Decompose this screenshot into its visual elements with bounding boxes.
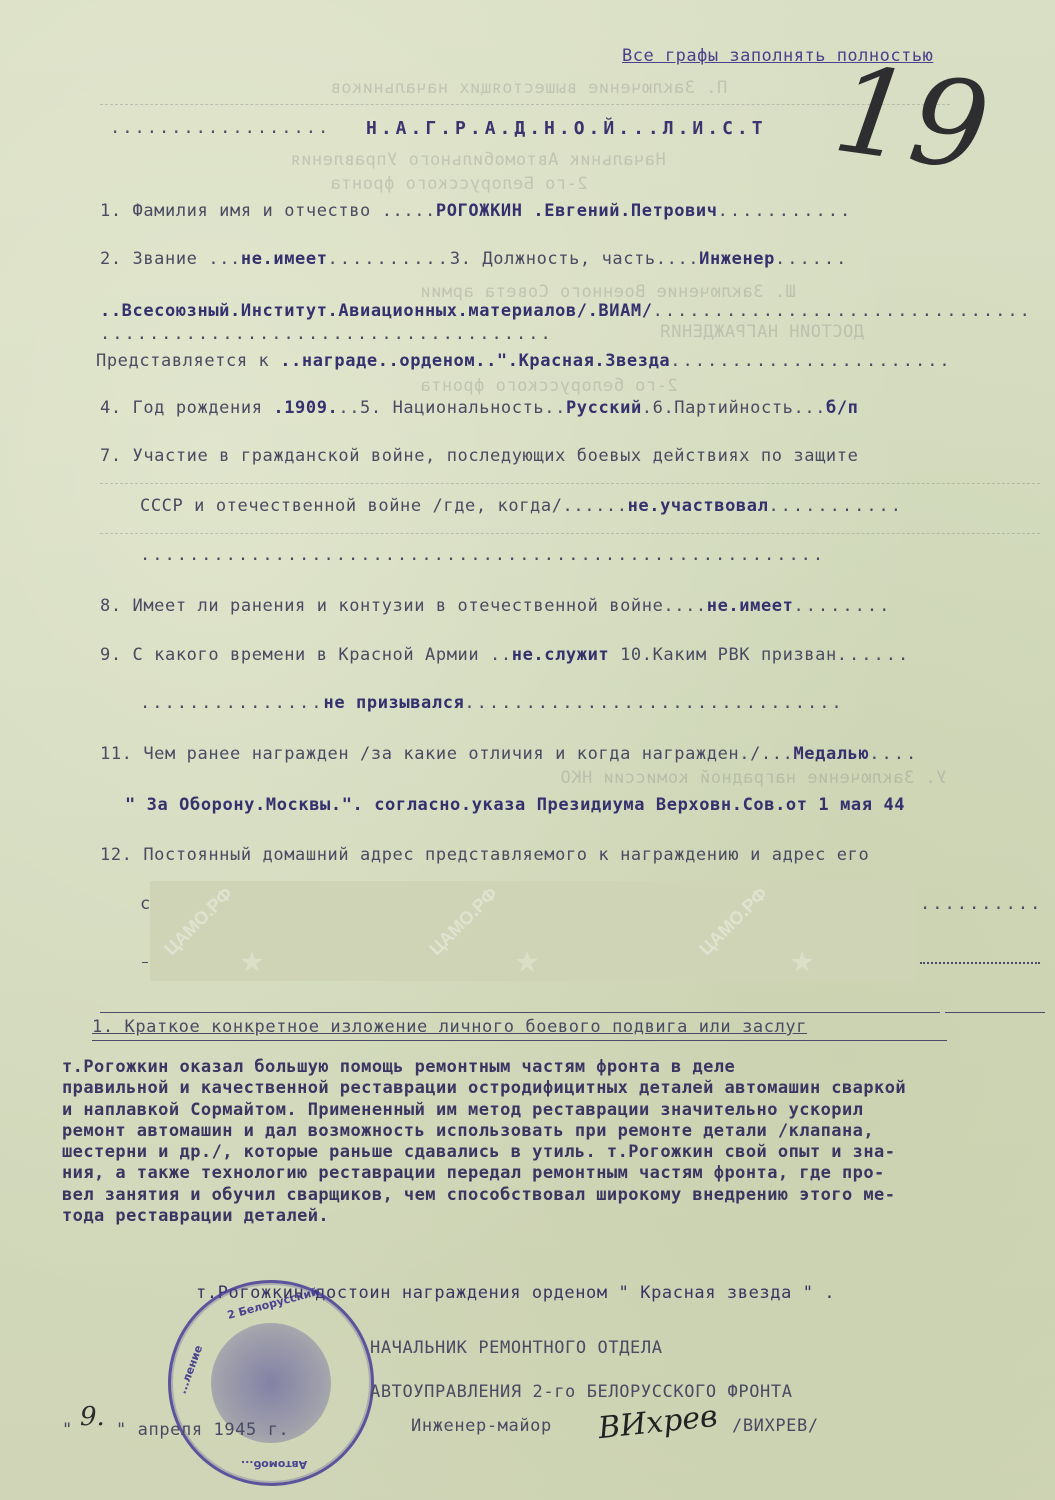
- field-6-label: .6.Партийность...: [642, 398, 826, 418]
- field-3-label: 3. Должность, часть....: [450, 249, 699, 269]
- field-7-label-line2: СССР и отечественной войне /где, когда/.…: [140, 496, 628, 516]
- stamp-text-bottom: Автомоб...: [241, 1458, 307, 1471]
- leader-dots: ...............: [140, 693, 324, 713]
- field-4-value: .1909.: [273, 398, 338, 418]
- field-11-label: 11. Чем ранее награжден /за какие отличи…: [100, 744, 793, 764]
- field-11-value-line2: " За Оборону.Москвы.". согласно.указа Пр…: [125, 795, 905, 815]
- field-8-value: не.имеет: [707, 596, 794, 616]
- header-divider: [100, 104, 950, 105]
- field-7-label-line1: 7. Участие в гражданской войне, последую…: [100, 446, 858, 466]
- narrative-line: и наплавкой Сормайтом. Примененный им ме…: [62, 1100, 1052, 1121]
- field-1-name: 1. Фамилия имя и отчество .....РОГОЖКИН …: [100, 201, 852, 221]
- section-heading: 1. Краткое конкретное изложение личного …: [92, 1017, 807, 1037]
- watermark: ЦАМО.РФ: [425, 883, 502, 960]
- bleed-through-text: У. Заключение наградной комиссии НКО: [560, 768, 946, 788]
- date-month-year: " апреля 1945 г.: [116, 1420, 289, 1440]
- narrative-line: т.Рогожкин оказал большую помощь ремонтн…: [62, 1057, 1052, 1078]
- title-leader-dots: ..................: [110, 118, 330, 138]
- field-3-value: Инженер: [699, 249, 775, 269]
- guide-line: [920, 962, 1040, 964]
- presented-value: ..награде..орденом..".Красная.Звезда: [280, 351, 670, 371]
- bleed-through-text: Ш. Заключение Военного Совета армии: [420, 282, 796, 302]
- field-5-label: ..5. Национальность..: [338, 398, 566, 418]
- leader-dots: ....: [869, 744, 918, 764]
- section-divider: [100, 1012, 940, 1013]
- field-4-5-6: 4. Год рождения .1909...5. Национальност…: [100, 398, 859, 418]
- narrative-line: ремонт автомашин и дал возможность испол…: [62, 1121, 1052, 1142]
- leader-dots: ...........: [718, 201, 853, 221]
- handwritten-sheet-number: 19: [827, 50, 995, 190]
- date-open-quote: ": [62, 1420, 73, 1440]
- award-sheet-page: П. Заключение вышестоящих начальников На…: [0, 0, 1055, 1500]
- star-watermark-icon: ★: [240, 936, 264, 982]
- narrative-line: вел занятия и обучил сварщиков, чем спос…: [62, 1185, 1052, 1206]
- leader-dots: ..........: [328, 249, 450, 269]
- section-divider: [945, 1012, 1045, 1013]
- bleed-through-text: Начальник Автомобильного Управления: [290, 150, 666, 170]
- field-3-organization: ..Всесоюзный.Институт.Авиационных.матери…: [100, 301, 653, 321]
- section-heading-underline: [92, 1040, 947, 1041]
- stamp-text-top: 2 Белорусский: [226, 1285, 320, 1322]
- field-10-label: 10.Каким РВК призван: [620, 645, 837, 665]
- field-7-line2: СССР и отечественной войне /где, когда/.…: [140, 496, 903, 516]
- field-5-value: Русский: [566, 398, 642, 418]
- bleed-through-text: 2-го Белорусского фронта: [330, 174, 588, 194]
- field-3-continuation: ..Всесоюзный.Институт.Авиационных.матери…: [100, 301, 1032, 321]
- signatory-name: /ВИХРЕВ/: [732, 1416, 819, 1436]
- field-1-value: РОГОЖКИН .Евгений.Петрович: [436, 201, 718, 221]
- leader-dots-line: ........................................…: [140, 545, 825, 565]
- signatory-position-line1: НАЧАЛЬНИК РЕМОНТНОГО ОТДЕЛА: [370, 1338, 663, 1358]
- field-9-value: не.служит: [512, 645, 610, 665]
- narrative-line: ния, а также технологию реставрации пере…: [62, 1163, 1052, 1184]
- leader-dots: .......................: [670, 351, 951, 371]
- presented-for-award: Представляется к ..награде..орденом..".К…: [96, 351, 952, 371]
- leader-dots-line: .....................................: [100, 324, 553, 344]
- bleed-through-text: П. Заключение вышестоящих начальников: [330, 78, 727, 98]
- signatory-position-line2: АВТОУПРАВЛЕНИЯ 2-го БЕЛОРУССКОГО ФРОНТА: [370, 1382, 793, 1402]
- narrative-line: тода реставрации деталей.: [62, 1206, 1052, 1227]
- leader-dots: ...............................: [653, 301, 1032, 321]
- star-watermark-icon: ★: [790, 936, 814, 982]
- field-12-label: 12. Постоянный домашний адрес представля…: [100, 845, 869, 865]
- bleed-through-text: ДОСТОИН НАГРАЖДЕНИЯ: [660, 322, 864, 342]
- leader-dots: ...........: [768, 496, 903, 516]
- narrative-line: шестерни и др./, которые раньше сдавалис…: [62, 1142, 1052, 1163]
- leader-dots: ......: [837, 645, 910, 665]
- guide-line: [142, 962, 148, 963]
- signatory-rank: Инженер-майор: [411, 1416, 552, 1436]
- field-9-10: 9. С какого времени в Красной Армии ..не…: [100, 645, 910, 665]
- watermark: ЦАМО.РФ: [695, 883, 772, 960]
- leader-dots: ........: [793, 596, 891, 616]
- document-title: Н.А.Г.Р.А.Д.Н.О.Й...Л.И.С.Т: [366, 118, 767, 139]
- field-11-previous-awards: 11. Чем ранее награжден /за какие отличи…: [100, 744, 918, 764]
- redacted-address-area: ЦАМО.РФ ЦАМО.РФ ЦАМО.РФ ★ ★ ★: [150, 881, 915, 981]
- field-2-value: не.имеет: [241, 249, 328, 269]
- narrative-line: правильной и качественной реставрации ос…: [62, 1078, 1052, 1099]
- watermark: ЦАМО.РФ: [160, 883, 237, 960]
- field-9-label: 9. С какого времени в Красной Армии ..: [100, 645, 512, 665]
- leader-dots: ......: [775, 249, 848, 269]
- field-11-value-line1: Медалью: [793, 744, 869, 764]
- bleed-through-text: 2-го белорусского фронта: [420, 376, 678, 396]
- date-day-handwritten: 9.: [80, 1402, 105, 1432]
- field-4-label: 4. Год рождения: [100, 398, 263, 418]
- star-watermark-icon: ★: [515, 936, 539, 982]
- merit-description: т.Рогожкин оказал большую помощь ремонтн…: [62, 1057, 1052, 1227]
- field-7-value: не.участвовал: [628, 496, 769, 516]
- field-2-label: 2. Звание ...: [100, 249, 241, 269]
- field-8-label: 8. Имеет ли ранения и контузии в отечест…: [100, 596, 707, 616]
- stamp-text-left: ...ление: [176, 1343, 206, 1395]
- guide-line: [100, 533, 1040, 534]
- field-6-value: б/п: [826, 398, 859, 418]
- leader-dots: ..........: [920, 894, 1042, 914]
- handwritten-signature: ВИхрев: [596, 1399, 719, 1446]
- field-1-label: 1. Фамилия имя и отчество .....: [100, 201, 436, 221]
- leader-dots: ...............................: [464, 693, 843, 713]
- field-2-3-rank-position: 2. Звание ...не.имеет..........3. Должно…: [100, 249, 848, 269]
- field-10-value: не призывался: [324, 693, 465, 713]
- field-11-line2: " За Оборону.Москвы.". согласно.указа Пр…: [125, 795, 905, 815]
- presented-label: Представляется к: [96, 351, 269, 371]
- guide-line: [100, 483, 1040, 484]
- field-10-line: ...............не призывался............…: [140, 693, 844, 713]
- official-stamp: 2 Белорусский ...ление Автомоб...: [168, 1280, 374, 1486]
- field-8-wounds: 8. Имеет ли ранения и контузии в отечест…: [100, 596, 891, 616]
